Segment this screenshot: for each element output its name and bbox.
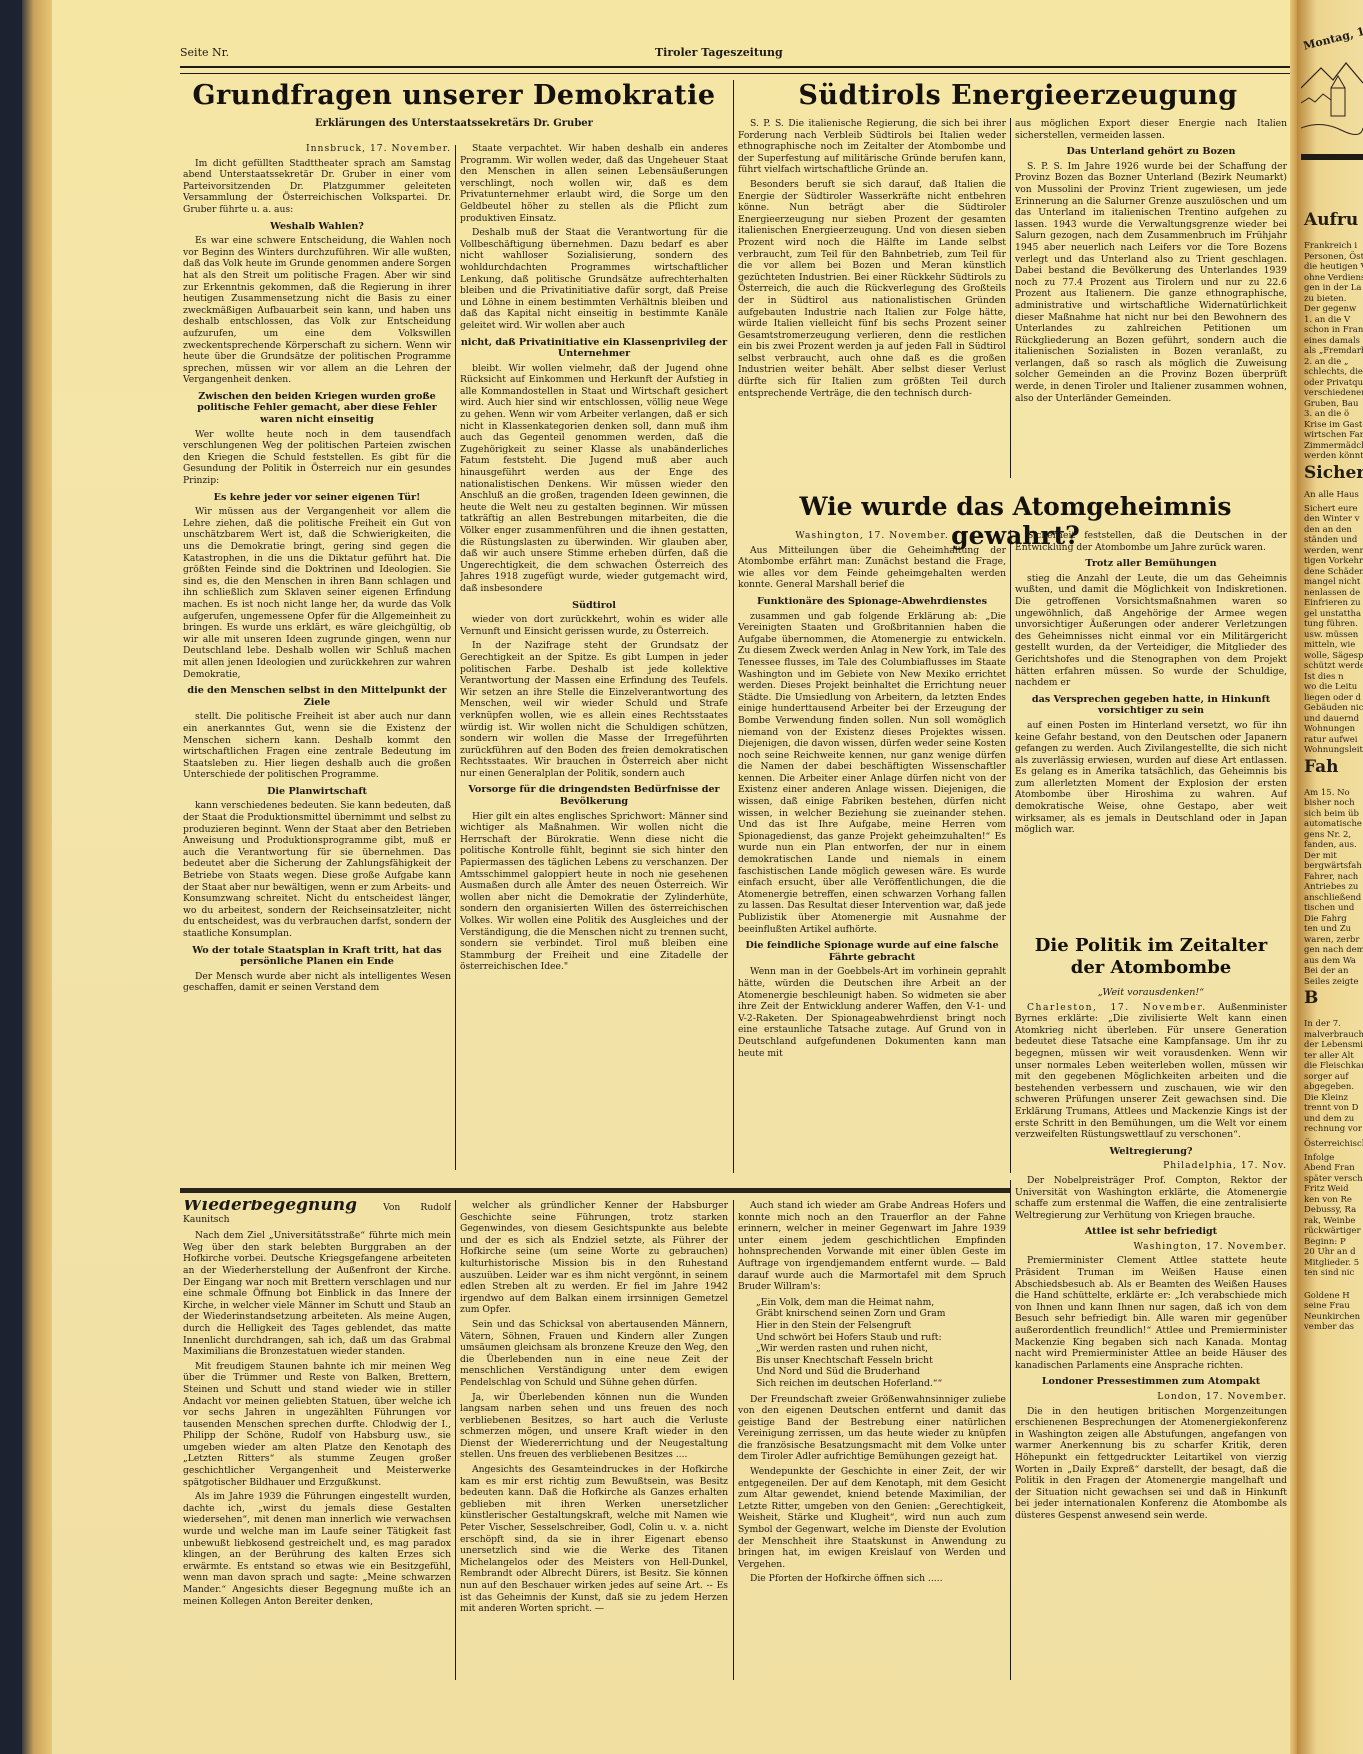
subheading: das Versprechen gegeben hatte, in Hinkun… xyxy=(1015,694,1287,717)
fragment-line: 2. an die „ xyxy=(1304,357,1348,368)
fragment-line: Infolge xyxy=(1304,1153,1334,1164)
paragraph: Wir müssen aus der Vergangenheit vor all… xyxy=(183,506,451,680)
paragraph: Deshalb muß der Staat die Verantwortung … xyxy=(460,227,728,331)
paragraph: aus möglichen Export dieser Energie nach… xyxy=(1015,118,1287,141)
paragraph: Der Nobelpreisträger Prof. Compton, Rekt… xyxy=(1015,1175,1287,1221)
column-rule xyxy=(733,1200,734,1680)
fragment-line: mitteln, wie xyxy=(1304,640,1355,651)
paragraph: Wer wollte heute noch in dem tausendfach… xyxy=(183,429,451,487)
fragment-line: Neunkirchen xyxy=(1304,1312,1360,1323)
dateline: Philadelphia, 17. Nov. xyxy=(1015,1160,1287,1172)
fragment-line: Der gegenw xyxy=(1304,304,1356,315)
paragraph: S. P. S. Die italienische Regierung, die… xyxy=(738,118,1006,176)
fragment-line: In der 7. xyxy=(1304,1019,1341,1030)
poem-line: Gräbt knirschend seinen Zorn und Gram xyxy=(756,1308,1006,1320)
article-atom-col1: Washington, 17. November. Aus Mitteilung… xyxy=(738,530,1006,1173)
paragraph: bleibt. Wir wollen vielmehr, daß der Jug… xyxy=(460,363,728,595)
fragment-line: usw. müssen xyxy=(1304,630,1358,641)
landscape-illustration-icon xyxy=(1301,58,1363,208)
dateline: London, 17. November. xyxy=(1015,1391,1287,1403)
dateline: Charleston, 17. November. xyxy=(1027,1002,1207,1013)
fragment-line: gel unstattha xyxy=(1304,609,1361,620)
fragment-line: gen nach dem xyxy=(1304,945,1363,956)
fragment-line: schon in Fran xyxy=(1304,325,1363,336)
paragraph: Sicherheit feststellen, daß die Deutsche… xyxy=(1015,530,1287,553)
fragment-line: Frankreich i xyxy=(1304,241,1357,252)
fragment-line: eines damals xyxy=(1304,336,1360,347)
paragraph: Der Mensch wurde aber nicht als intellig… xyxy=(183,971,451,994)
subheading: Die feindliche Spionage wurde auf eine f… xyxy=(738,940,1006,963)
fragment-line: 1. an die V xyxy=(1304,315,1350,326)
fragment-line: aus dem Wa xyxy=(1304,956,1356,967)
subheading: Weltregierung? xyxy=(1015,1146,1287,1158)
fragment-heading: B xyxy=(1304,993,1318,1004)
fragment-line: waren, zerbr xyxy=(1304,935,1359,946)
article-politik: „Weit vorausdenken!“ Charleston, 17. Nov… xyxy=(1015,982,1287,1682)
column-rule xyxy=(1010,1180,1011,1680)
headline-politik: Die Politik im Zeitalter der Atombombe xyxy=(1015,935,1287,979)
fragment-line: ratur aufwei xyxy=(1304,735,1358,746)
paragraph: Es war eine schwere Entscheidung, die Wa… xyxy=(183,235,451,386)
fragment-line: tung führen. xyxy=(1304,619,1358,630)
fragment-line: dene Schäden xyxy=(1304,567,1363,578)
fragment-line: vember das xyxy=(1304,1322,1354,1333)
fragment-line: Krise im Gastg xyxy=(1304,420,1363,431)
fragment-line: werden, wenn xyxy=(1304,546,1363,557)
section-divider xyxy=(180,1188,1010,1193)
fragment-line: Antriebes zu xyxy=(1304,882,1358,893)
paragraph: Die Pforten der Hofkirche öffnen sich ..… xyxy=(738,1573,1006,1585)
paragraph: Besonders beruft sie sich darauf, daß It… xyxy=(738,179,1006,399)
fragment-line: als „Fremdarb xyxy=(1304,346,1363,357)
fragment-line: Die Kleinz xyxy=(1304,1093,1348,1104)
subheading: die den Menschen selbst in den Mittelpun… xyxy=(183,685,451,708)
paragraph: auf einen Posten im Hinterland versetzt,… xyxy=(1015,720,1287,836)
book-binding xyxy=(0,0,22,1754)
article-atom-col2: Sicherheit feststellen, daß die Deutsche… xyxy=(1015,530,1287,920)
subheading: Weshalb Wahlen? xyxy=(183,221,451,233)
page-edge xyxy=(22,0,52,1754)
column-rule xyxy=(455,1200,456,1680)
fragment-line: ter aller Alt xyxy=(1304,1051,1354,1062)
fragment-line: nenlassen de xyxy=(1304,588,1360,599)
fragment-line: schützt werde xyxy=(1304,661,1363,672)
column-rule xyxy=(455,145,456,1170)
article-grundfragen-col2: Staate verpachtet. Wir haben deshalb ein… xyxy=(460,143,728,1173)
subheading: Funktionäre des Spionage-Abwehrdienstes xyxy=(738,596,1006,608)
fragment-line: rechnung vor xyxy=(1304,1124,1362,1135)
fragment-line: Gebäuden nic xyxy=(1304,703,1363,714)
fragment-line: Sichert eure xyxy=(1304,504,1358,515)
headline-grundfragen: Grundfragen unserer Demokratie xyxy=(180,80,728,111)
fragment-line: den Winter v xyxy=(1304,514,1359,525)
paragraph-text: Außenminister Byrnes erklärte: „Die zivi… xyxy=(1015,1002,1287,1141)
fragment-line: ken von Re xyxy=(1304,1195,1352,1206)
fragment-line: Fahrer, nach xyxy=(1304,872,1358,883)
headline-energie: Südtirols Energieerzeugung xyxy=(738,80,1298,111)
fragment-line: zu bieten. xyxy=(1304,294,1346,305)
fragment-heading: Österreichisch xyxy=(1304,1139,1363,1150)
feuilleton-col2: welcher als gründlicher Kenner der Habsb… xyxy=(460,1200,728,1680)
fragment-line: Wohnungsleit xyxy=(1304,745,1363,756)
paragraph: stieg die Anzahl der Leute, die um das G… xyxy=(1015,573,1287,689)
poem-line: Bis unser Knechtschaft Fesseln bricht xyxy=(756,1355,1006,1367)
subheading: Die Planwirtschaft xyxy=(183,786,451,798)
subheading: nicht, daß Privatinitiative ein Klassenp… xyxy=(460,337,728,360)
fragment-line: ten und Zu xyxy=(1304,924,1351,935)
paragraph: zusammen und gab folgende Erklärung ab: … xyxy=(738,611,1006,936)
fragment-line: wo die Leitu xyxy=(1304,682,1357,693)
fragment-line: Debussy, Ra xyxy=(1304,1205,1356,1216)
fragment-heading: Sicheru xyxy=(1304,468,1363,479)
fragment-line: Personen, Öste xyxy=(1304,252,1363,263)
fragment-line: verschiedenen xyxy=(1304,388,1363,399)
fragment-line: wolle, Sägesp xyxy=(1304,651,1363,662)
article-energie-col2: aus möglichen Export dieser Energie nach… xyxy=(1015,118,1287,480)
newspaper-name: Tiroler Tageszeitung xyxy=(655,46,783,59)
poem-line: Und Nord und Süd die Bruderhand xyxy=(756,1366,1006,1378)
fragment-line: trennt von D xyxy=(1304,1103,1359,1114)
feuilleton-title: Wiederbegegnung xyxy=(183,1200,357,1215)
fragment-line: Der mit xyxy=(1304,851,1337,862)
feuilleton-heading: Wiederbegegnung Von Rudolf Kaunitsch xyxy=(183,1200,451,1225)
fragment-line: die heutigen V xyxy=(1304,262,1363,273)
article-grundfragen-col1: Innsbruck, 17. November. Im dicht gefüll… xyxy=(183,143,451,1173)
intro-paragraph: Im dicht gefüllten Stadttheater sprach a… xyxy=(183,158,451,216)
poem-line: Hier in den Stein der Felsengruft xyxy=(756,1320,1006,1332)
paragraph: Mit freudigem Staunen bahnte ich mir mei… xyxy=(183,1361,451,1489)
paragraph: welcher als gründlicher Kenner der Habsb… xyxy=(460,1200,728,1316)
paragraph: Hier gilt ein altes englisches Sprichwor… xyxy=(460,811,728,973)
paragraph: kann verschiedenes bedeuten. Sie kann be… xyxy=(183,800,451,939)
fragment-line: und dem zu xyxy=(1304,1114,1354,1125)
article-energie-col1: S. P. S. Die italienische Regierung, die… xyxy=(738,118,1006,480)
fragment-heading: Fah xyxy=(1304,762,1339,773)
fragment-line: die Fleischkar xyxy=(1304,1061,1363,1072)
fragment-line: sorger auf xyxy=(1304,1072,1348,1083)
fragment-line: ohne Verdienst xyxy=(1304,273,1363,284)
subheading: Zwischen den beiden Kriegen wurden große… xyxy=(183,391,451,426)
paragraph: Premierminister Clement Attlee stattete … xyxy=(1015,1255,1287,1371)
fragment-line: wirtschen Famil xyxy=(1304,430,1363,441)
subheading: Südtirol xyxy=(460,600,728,612)
fragment-line: tischen und xyxy=(1304,903,1354,914)
fragment-line: gens Nr. 2, xyxy=(1304,830,1351,841)
dateline: Washington, 17. November. xyxy=(738,530,1006,542)
paragraph: Die in den heutigen britischen Morgenzei… xyxy=(1015,1406,1287,1522)
paragraph: Auch stand ich wieder am Grabe Andreas H… xyxy=(738,1200,1006,1293)
fragment-heading: An alle Haus xyxy=(1304,490,1359,501)
column-rule xyxy=(733,80,734,1173)
fragment-line: Die Fahrg xyxy=(1304,914,1347,925)
fragment-line: liegen oder d xyxy=(1304,693,1361,704)
paragraph: Wenn man in der Goebbels-Art im vorhinei… xyxy=(738,966,1006,1059)
fragment-line: abgegeben. xyxy=(1304,1082,1354,1093)
poem-line: Sich reichen im deutschen Hoferland.““ xyxy=(756,1378,1006,1390)
page-number: Seite Nr. xyxy=(180,46,229,59)
subheading: Wo der totale Staatsplan in Kraft tritt,… xyxy=(183,945,451,968)
fragment-line: 20 Uhr an d xyxy=(1304,1247,1356,1258)
fragment-line: rückwärtiger xyxy=(1304,1226,1361,1237)
poem-line: Und schwört bei Hofers Staub und ruft: xyxy=(756,1332,1006,1344)
page-header: Seite Nr. Tiroler Tageszeitung xyxy=(180,44,1290,64)
subheading: Es kehre jeder vor seiner eigenen Tür! xyxy=(183,492,451,504)
fragment-heading: Aufru xyxy=(1304,215,1358,226)
paragraph: Wendepunkte der Geschichte in einer Zeit… xyxy=(738,1466,1006,1570)
fragment-line: tigen Vorkehr xyxy=(1304,556,1363,567)
paragraph: Nach dem Ziel „Universitätsstraße“ führt… xyxy=(183,1230,451,1358)
fragment-line: 3. an die ö xyxy=(1304,409,1349,420)
fragment-line: Zimmermädche xyxy=(1304,441,1363,452)
dateline: Washington, 17. November. xyxy=(1015,1241,1287,1253)
fragment-line: ten sind nic xyxy=(1304,1268,1354,1279)
poem-line: „Ein Volk, dem man die Heimat nahm, xyxy=(756,1297,1006,1309)
paragraph: stellt. Die politische Freiheit ist aber… xyxy=(183,711,451,781)
fragment-line: Abend Fran xyxy=(1304,1163,1355,1174)
fragment-line: Mitglieder. 5 xyxy=(1304,1258,1359,1269)
fragment-line: bisher noch xyxy=(1304,798,1355,809)
paragraph: Als im Jahre 1939 die Führungen eingeste… xyxy=(183,1491,451,1607)
fragment-line: Gruben, Bau xyxy=(1304,399,1358,410)
fragment-line: fanden, aus. xyxy=(1304,840,1357,851)
paragraph: Charleston, 17. November. Außenminister … xyxy=(1015,1002,1287,1141)
fragment-line: anschließend xyxy=(1304,893,1361,904)
fragment-line: rak, Weinbe xyxy=(1304,1216,1355,1227)
fragment-line: malverbrauch xyxy=(1304,1030,1363,1041)
header-rule xyxy=(180,66,1290,74)
fragment-line: mangel nicht xyxy=(1304,577,1360,588)
subheading: Trotz aller Bemühungen xyxy=(1015,558,1287,570)
deck-grundfragen: Erklärungen des Unterstaatssekretärs Dr.… xyxy=(180,118,728,129)
paragraph: Der Freundschaft zweier Größenwahnsinnig… xyxy=(738,1394,1006,1464)
subheading: Attlee ist sehr befriedigt xyxy=(1015,1226,1287,1238)
fragment-line: Seiles zeigte xyxy=(1304,977,1359,988)
paragraph: Sein und das Schicksal von abertausenden… xyxy=(460,1319,728,1389)
dateline: Innsbruck, 17. November. xyxy=(183,143,451,155)
paragraph: S. P. S. Im Jahre 1926 wurde bei der Sch… xyxy=(1015,161,1287,404)
column-rule xyxy=(1010,530,1011,1173)
fragment-line: werden könnten xyxy=(1304,451,1363,462)
paragraph: In der Nazifrage steht der Grundsatz der… xyxy=(460,640,728,779)
fragment-line: bergwärtsfah xyxy=(1304,861,1362,872)
fragment-line: Fritz Weid xyxy=(1304,1184,1349,1195)
paragraph: wieder von dort zurückkehrt, wohin es wi… xyxy=(460,614,728,637)
subheading: Londoner Pressestimmen zum Atompakt xyxy=(1015,1376,1287,1388)
fragment-line: Ist dies n xyxy=(1304,672,1344,683)
fragment-line: später versch xyxy=(1304,1174,1363,1185)
subheading: Vorsorge für die dringendsten Bedürfniss… xyxy=(460,784,728,807)
subheading: Das Unterland gehört zu Bozen xyxy=(1015,146,1287,158)
fragment-line: der Lebensmi xyxy=(1304,1040,1363,1051)
fragment-line: Beginn: P xyxy=(1304,1237,1346,1248)
fragment-line: Einfrieren zu xyxy=(1304,598,1361,609)
fragment-line: schlechts, die f xyxy=(1304,367,1363,378)
fragment-line: sich beim üb xyxy=(1304,809,1359,820)
column-rule xyxy=(1010,118,1011,478)
paragraph: Ja, wir Überlebenden können nun die Wund… xyxy=(460,1392,728,1462)
fragment-line: seine Frau xyxy=(1304,1301,1350,1312)
fragment-line: oder Privatqu xyxy=(1304,378,1363,389)
fragment-line: Bei der an xyxy=(1304,966,1348,977)
fragment-line: gen in der La xyxy=(1304,283,1362,294)
fragment-line: Wohnungen xyxy=(1304,724,1355,735)
paragraph: Staate verpachtet. Wir haben deshalb ein… xyxy=(460,143,728,224)
paragraph: Angesichts des Gesamteindruckes in der H… xyxy=(460,1464,728,1615)
fragment-line: und dauernd xyxy=(1304,714,1359,725)
fragment-line: automatische xyxy=(1304,819,1362,830)
feuilleton-col1: Wiederbegegnung Von Rudolf Kaunitsch Nac… xyxy=(183,1200,451,1680)
fragment-line: den an den xyxy=(1304,525,1352,536)
fragment-line: Goldene H xyxy=(1304,1291,1350,1302)
feuilleton-col3: Auch stand ich wieder am Grabe Andreas H… xyxy=(738,1200,1006,1680)
fragment-line: ständen und xyxy=(1304,535,1357,546)
paragraph: Aus Mitteilungen über die Geheimhaltung … xyxy=(738,545,1006,591)
poem-bruder-willram: „Ein Volk, dem man die Heimat nahm,Gräbt… xyxy=(756,1297,1006,1390)
poem-line: „Wir werden rasten und ruhen nicht, xyxy=(756,1343,1006,1355)
deck: „Weit vorausdenken!“ xyxy=(1015,987,1287,999)
fragment-line: Am 15. No xyxy=(1304,788,1350,799)
